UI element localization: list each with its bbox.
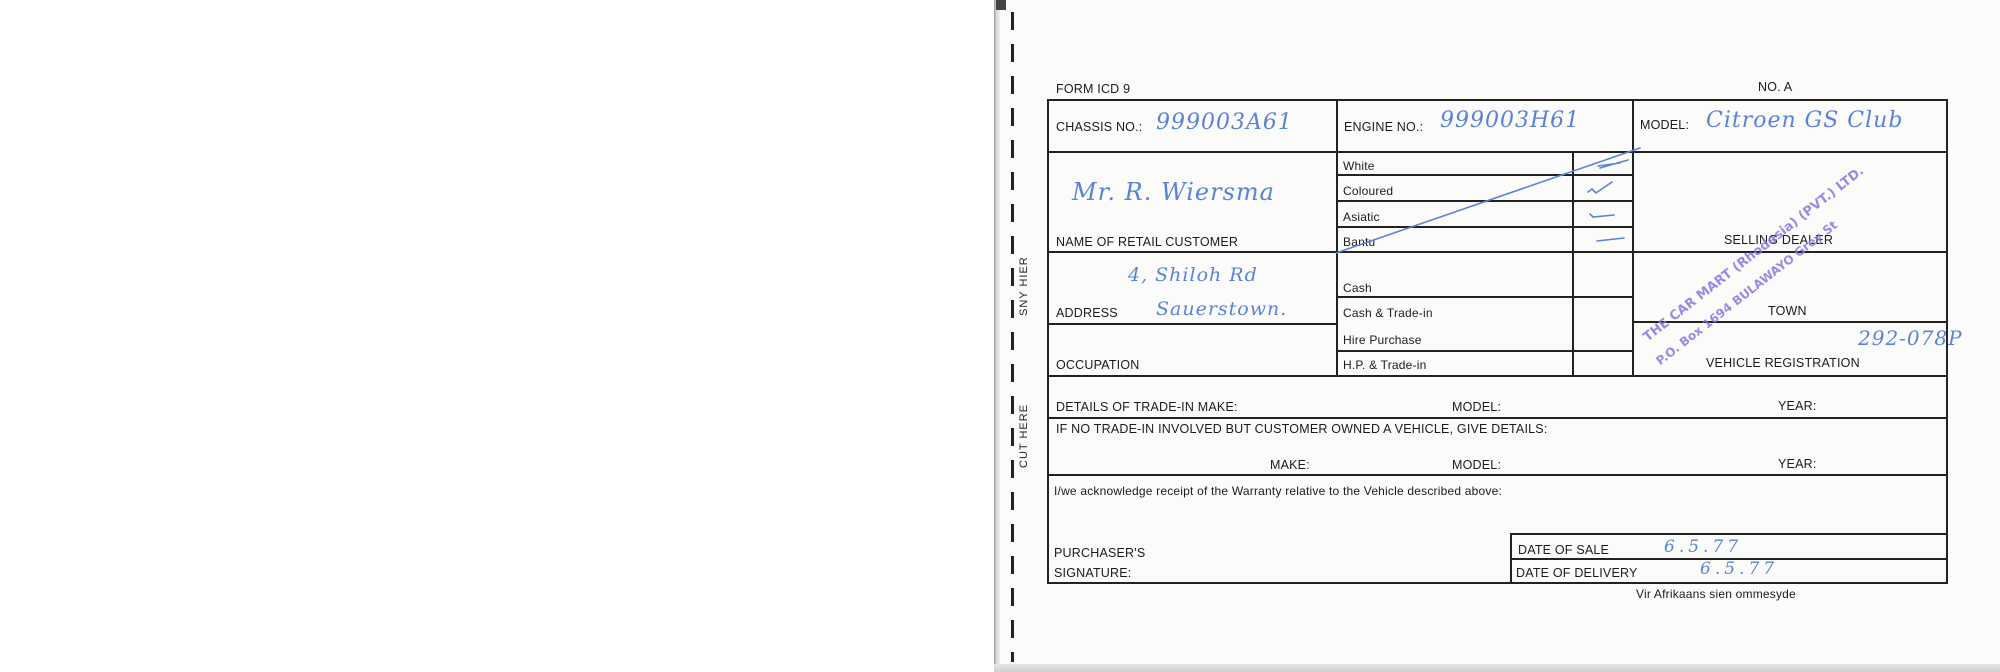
asiatic-dash-icon [1590, 214, 1614, 217]
ink-marks [0, 0, 2000, 672]
strike-through-line-icon [1336, 148, 1640, 253]
coloured-check-icon [1588, 182, 1612, 193]
bantu-dash-icon [1597, 238, 1624, 241]
